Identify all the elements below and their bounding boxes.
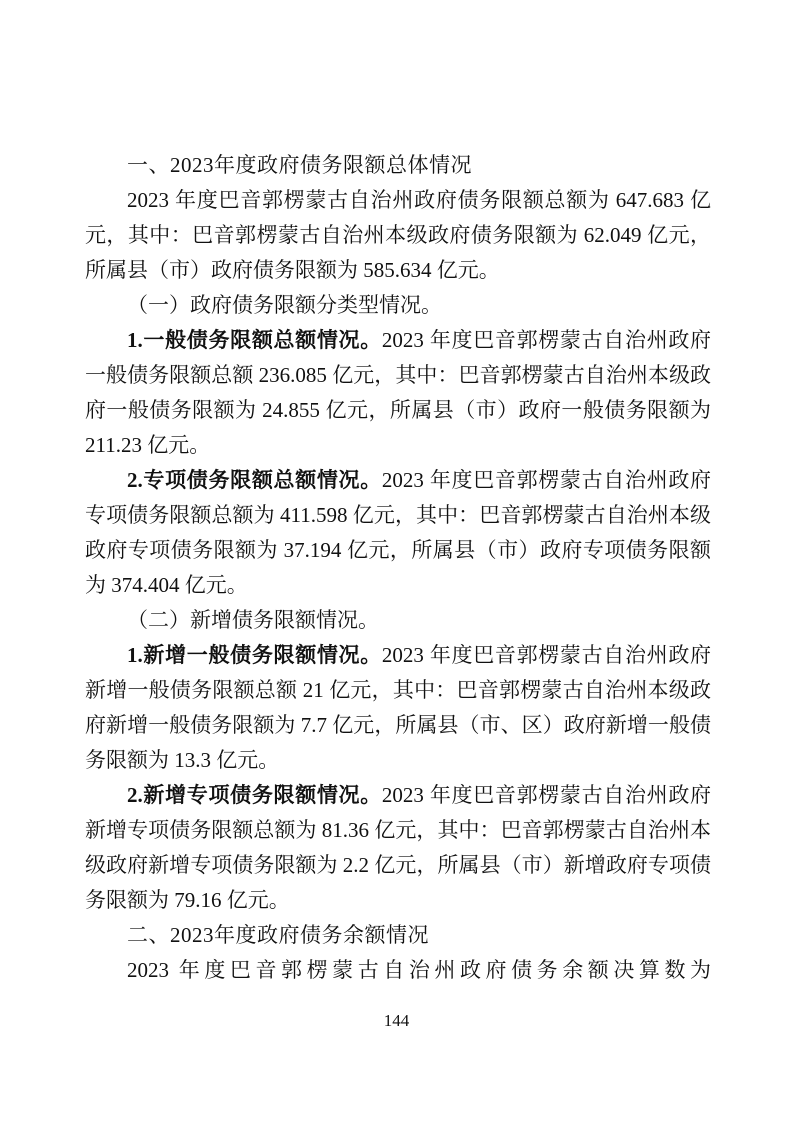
heading-debt-balance: 二、2023年度政府债务余额情况 [85,918,711,953]
para-special-debt-limit-lead: 2.专项债务限额总额情况。 [127,468,382,492]
para-new-special-debt-limit: 2.新增专项债务限额情况。2023 年度巴音郭楞蒙古自治州政府新增专项债务限额总… [85,778,711,918]
heading-debt-limit-overview: 一、2023年度政府债务限额总体情况 [85,148,711,183]
page-number: 144 [0,1010,793,1032]
document-body: 一、2023年度政府债务限额总体情况 2023 年度巴音郭楞蒙古自治州政府债务限… [85,148,711,988]
para-debt-balance-intro-text: 2023 年度巴音郭楞蒙古自治州政府债务余额决算数为 [127,958,711,982]
heading-new-debt-limit: （二）新增债务限额情况。 [85,603,711,638]
para-new-general-debt-limit: 1.新增一般债务限额情况。2023 年度巴音郭楞蒙古自治州政府新增一般债务限额总… [85,638,711,778]
document-page: 一、2023年度政府债务限额总体情况 2023 年度巴音郭楞蒙古自治州政府债务限… [0,0,793,1122]
para-special-debt-limit: 2.专项债务限额总额情况。2023 年度巴音郭楞蒙古自治州政府专项债务限额总额为… [85,463,711,603]
heading-limit-by-type: （一）政府债务限额分类型情况。 [85,288,711,323]
para-general-debt-limit: 1.一般债务限额总额情况。2023 年度巴音郭楞蒙古自治州政府一般债务限额总额 … [85,323,711,463]
para-general-debt-limit-lead: 1.一般债务限额总额情况。 [127,328,382,352]
para-debt-limit-overview: 2023 年度巴音郭楞蒙古自治州政府债务限额总额为 647.683 亿元，其中：… [85,183,711,288]
para-new-general-debt-limit-lead: 1.新增一般债务限额情况。 [127,643,382,667]
para-new-special-debt-limit-lead: 2.新增专项债务限额情况。 [127,783,382,807]
para-debt-balance-intro: 2023 年度巴音郭楞蒙古自治州政府债务余额决算数为 [85,953,711,988]
para-debt-limit-overview-text: 2023 年度巴音郭楞蒙古自治州政府债务限额总额为 647.683 亿元，其中：… [85,188,711,282]
